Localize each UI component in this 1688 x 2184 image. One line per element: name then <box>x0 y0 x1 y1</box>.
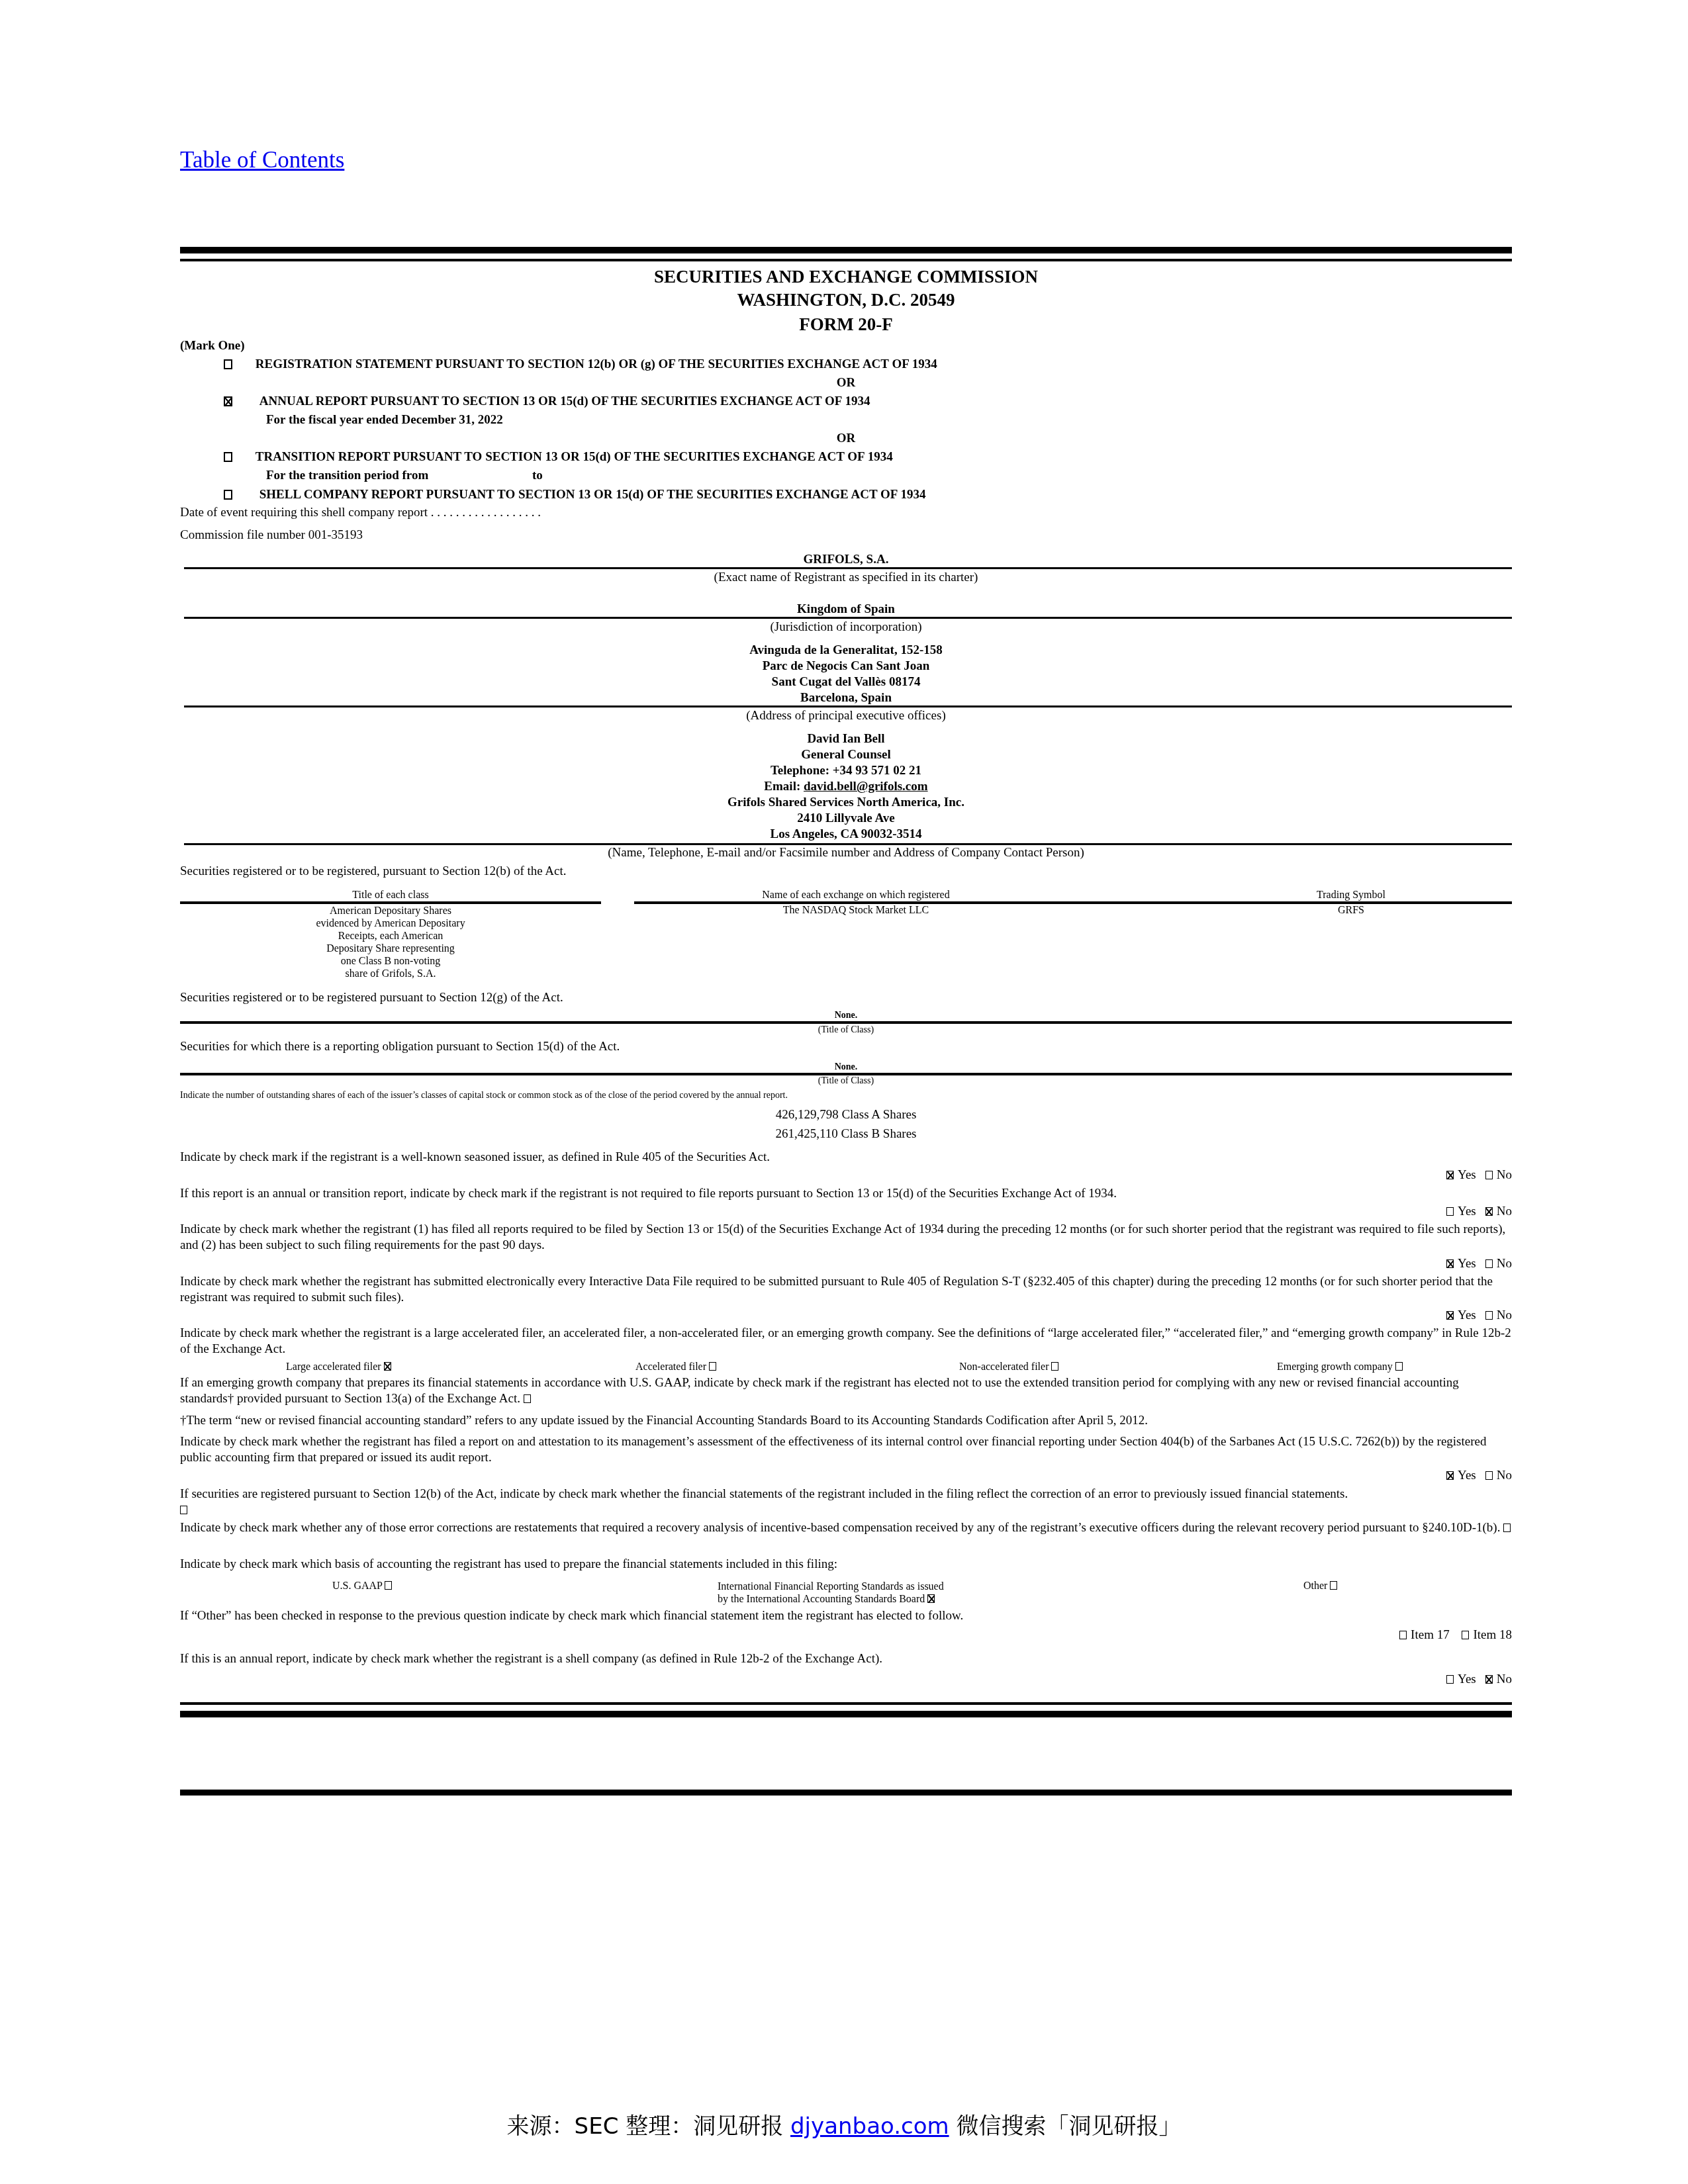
trading-symbol-cell: GRFS <box>1190 905 1512 917</box>
address-caption: (Address of principal executive offices) <box>180 709 1512 723</box>
table-of-contents-link[interactable]: Table of Contents <box>180 147 344 173</box>
yes-no-shell-company: YesNo <box>1446 1672 1512 1687</box>
us-gaap-checkbox[interactable] <box>385 1581 392 1590</box>
no-label: No <box>1497 1672 1512 1686</box>
bottom-thick-rule <box>180 1711 1512 1717</box>
question-not-required: If this report is an annual or transitio… <box>180 1186 1512 1202</box>
yes-label: Yes <box>1458 1469 1476 1482</box>
section-12g-caption: (Title of Class) <box>180 1025 1512 1036</box>
icfr-question: Indicate by check mark whether the regis… <box>180 1434 1512 1466</box>
section-12b-intro: Securities registered or to be registere… <box>180 864 567 879</box>
recovery-analysis-checkbox[interactable] <box>1503 1524 1511 1532</box>
yes-checkbox[interactable] <box>1446 1311 1454 1320</box>
symbol-header: Trading Symbol <box>1190 889 1512 901</box>
error-correction-checkbox[interactable] <box>180 1506 187 1514</box>
registrant-name-caption: (Exact name of Registrant as specified i… <box>180 570 1512 585</box>
item-17-checkbox[interactable] <box>1399 1631 1407 1639</box>
shell-company-question: If this is an annual report, indicate by… <box>180 1651 1512 1667</box>
yes-label: Yes <box>1458 1257 1476 1271</box>
no-checkbox[interactable] <box>1485 1675 1493 1684</box>
transition-report-checkbox[interactable] <box>224 452 232 462</box>
yes-no-icfr: YesNo <box>1446 1469 1512 1483</box>
section-12g-intro: Securities registered or to be registere… <box>180 991 563 1005</box>
yes-no-interactive-data: YesNo <box>1446 1308 1512 1323</box>
section-15d-value: None. <box>180 1062 1512 1073</box>
other-basis-checkbox[interactable] <box>1330 1581 1337 1590</box>
contact-name: David Ian Bell <box>180 732 1512 747</box>
contact-caption: (Name, Telephone, E-mail and/or Facsimil… <box>180 846 1512 860</box>
security-title-line: Depositary Share representing <box>180 942 601 955</box>
basis-us-gaap: U.S. GAAP <box>332 1580 392 1592</box>
footer-prefix: 来源：SEC 整理：洞见研报 <box>507 2113 790 2140</box>
email-label: Email: <box>764 780 804 794</box>
report-type-transition: TRANSITION REPORT PURSUANT TO SECTION 13… <box>224 450 893 465</box>
table-header-rule <box>634 901 1512 904</box>
divider <box>184 567 1512 569</box>
footer-suffix: 微信搜索「洞见研报」 <box>949 2113 1182 2140</box>
shell-event-date: Date of event requiring this shell compa… <box>180 506 541 520</box>
class-b-shares: 261,425,110 Class B Shares <box>180 1127 1512 1142</box>
divider <box>184 617 1512 619</box>
top-thick-rule <box>180 247 1512 253</box>
no-checkbox[interactable] <box>1485 1207 1493 1216</box>
large-accelerated-filer-checkbox[interactable] <box>384 1362 391 1371</box>
filer-status-question: Indicate by check mark whether the regis… <box>180 1326 1512 1357</box>
egc-transition-checkbox[interactable] <box>524 1394 531 1403</box>
footnote-accounting-standard: †The term “new or revised financial acco… <box>180 1413 1512 1429</box>
shell-report-label: SHELL COMPANY REPORT PURSUANT TO SECTION… <box>259 488 926 502</box>
recovery-text: Indicate by check mark whether any of th… <box>180 1521 1500 1535</box>
transition-to-label: to <box>532 469 543 483</box>
yes-checkbox[interactable] <box>1446 1171 1454 1179</box>
non-accelerated-filer-checkbox[interactable] <box>1051 1362 1058 1371</box>
yes-label: Yes <box>1458 1205 1476 1218</box>
divider <box>180 1073 1512 1075</box>
filer-option-label: Emerging growth company <box>1277 1361 1393 1373</box>
contact-title: General Counsel <box>180 748 1512 762</box>
yes-checkbox[interactable] <box>1446 1259 1454 1268</box>
item-17-label: Item 17 <box>1411 1628 1450 1642</box>
transition-period-line: For the transition period from to <box>266 469 428 483</box>
transition-from-label: For the transition period from <box>266 469 428 482</box>
no-label: No <box>1497 1308 1512 1322</box>
contact-email-line: Email: david.bell@grifols.com <box>180 780 1512 794</box>
divider <box>184 705 1512 707</box>
error-correction-question: If securities are registered pursuant to… <box>180 1486 1512 1518</box>
top-thin-rule <box>180 259 1512 261</box>
form-name: FORM 20-F <box>180 314 1512 335</box>
agency-title: SECURITIES AND EXCHANGE COMMISSION <box>180 267 1512 287</box>
egc-transition-question: If an emerging growth company that prepa… <box>180 1375 1512 1407</box>
filer-option-non-accelerated: Non-accelerated filer <box>959 1361 1058 1373</box>
registrant-name: GRIFOLS, S.A. <box>180 553 1512 567</box>
address-line: Barcelona, Spain <box>180 691 1512 705</box>
divider <box>180 1021 1512 1024</box>
item-17-18-choice: Item 17 Item 18 <box>1399 1628 1512 1643</box>
yes-checkbox[interactable] <box>1446 1471 1454 1480</box>
filer-option-label: Non-accelerated filer <box>959 1361 1049 1373</box>
question-interactive-data: Indicate by check mark whether the regis… <box>180 1274 1512 1306</box>
error-correction-text: If securities are registered pursuant to… <box>180 1487 1348 1501</box>
filer-option-emerging-growth: Emerging growth company <box>1277 1361 1403 1373</box>
report-type-shell: SHELL COMPANY REPORT PURSUANT TO SECTION… <box>224 488 925 502</box>
filer-option-label: Accelerated filer <box>635 1361 706 1373</box>
basis-ifrs: International Financial Reporting Standa… <box>718 1580 944 1606</box>
no-label: No <box>1497 1257 1512 1271</box>
contact-telephone: Telephone: +34 93 571 02 21 <box>180 764 1512 778</box>
ifrs-label-line2: by the International Accounting Standard… <box>718 1594 925 1605</box>
yes-no-filed-reports: YesNo <box>1446 1257 1512 1271</box>
security-title-line: share of Grifols, S.A. <box>180 968 601 980</box>
registration-checkbox[interactable] <box>224 359 232 369</box>
filer-option-accelerated: Accelerated filer <box>635 1361 716 1373</box>
egc-text: If an emerging growth company that prepa… <box>180 1376 1459 1406</box>
or-separator: OR <box>180 376 1512 390</box>
no-checkbox[interactable] <box>1485 1259 1493 1268</box>
basis-other: Other <box>1303 1580 1337 1592</box>
yes-checkbox[interactable] <box>1446 1675 1454 1684</box>
security-title-line: evidenced by American Depositary <box>180 917 601 930</box>
source-footer: 来源：SEC 整理：洞见研报 djyanbao.com 微信搜索「洞见研报」 <box>0 2108 1688 2140</box>
other-label: Other <box>1303 1580 1327 1592</box>
jurisdiction-caption: (Jurisdiction of incorporation) <box>180 620 1512 635</box>
contact-street: 2410 Lillyvale Ave <box>180 811 1512 826</box>
section-15d-intro: Securities for which there is a reportin… <box>180 1040 620 1054</box>
security-title-line: one Class B non-voting <box>180 955 601 968</box>
registration-label: REGISTRATION STATEMENT PURSUANT TO SECTI… <box>256 357 937 371</box>
outstanding-shares-intro: Indicate the number of outstanding share… <box>180 1091 788 1101</box>
question-filed-reports: Indicate by check mark whether the regis… <box>180 1222 1512 1253</box>
no-label: No <box>1497 1469 1512 1482</box>
no-label: No <box>1497 1168 1512 1182</box>
jurisdiction: Kingdom of Spain <box>180 602 1512 617</box>
shell-report-checkbox[interactable] <box>224 490 232 500</box>
yes-label: Yes <box>1458 1672 1476 1686</box>
no-checkbox[interactable] <box>1485 1471 1493 1480</box>
exchange-cell: The NASDAQ Stock Market LLC <box>634 905 1078 917</box>
question-wksi: Indicate by check mark if the registrant… <box>180 1150 1512 1165</box>
report-type-annual: ANNUAL REPORT PURSUANT TO SECTION 13 OR … <box>224 394 870 409</box>
annual-report-checkbox[interactable] <box>224 396 232 406</box>
security-title-line: American Depositary Shares <box>180 905 601 917</box>
no-checkbox[interactable] <box>1485 1171 1493 1179</box>
accelerated-filer-checkbox[interactable] <box>709 1362 716 1371</box>
security-title-line: Receipts, each American <box>180 930 601 942</box>
or-separator: OR <box>180 432 1512 446</box>
filer-option-label: Large accelerated filer <box>286 1361 381 1373</box>
contact-company: Grifols Shared Services North America, I… <box>180 796 1512 810</box>
basis-question: Indicate by check mark which basis of ac… <box>180 1557 1512 1572</box>
item-18-label: Item 18 <box>1473 1628 1512 1642</box>
annual-report-label: ANNUAL REPORT PURSUANT TO SECTION 13 OR … <box>259 394 870 408</box>
footer-link[interactable]: djyanbao.com <box>790 2113 949 2140</box>
address-line: Parc de Negocis Can Sant Joan <box>180 659 1512 674</box>
item-18-checkbox[interactable] <box>1462 1631 1469 1639</box>
address-line: Sant Cugat del Vallès 08174 <box>180 675 1512 690</box>
yes-no-wksi: YesNo <box>1446 1168 1512 1183</box>
exchange-header: Name of each exchange on which registere… <box>634 889 1078 901</box>
bottom-thin-rule <box>180 1702 1512 1705</box>
table-header-rule <box>180 901 601 904</box>
yes-no-not-required: YesNo <box>1446 1205 1512 1219</box>
ifrs-label-line1: International Financial Reporting Standa… <box>718 1580 944 1593</box>
mark-one-label: (Mark One) <box>180 339 245 353</box>
address-line: Avinguda de la Generalitat, 152-158 <box>180 643 1512 658</box>
us-gaap-label: U.S. GAAP <box>332 1580 382 1592</box>
fiscal-year-line: For the fiscal year ended December 31, 2… <box>266 413 503 428</box>
ifrs-checkbox[interactable] <box>927 1594 935 1603</box>
commission-file-number: Commission file number 001-35193 <box>180 528 363 543</box>
filer-option-large-accelerated: Large accelerated filer <box>286 1361 391 1373</box>
yes-checkbox[interactable] <box>1446 1207 1454 1216</box>
contact-email-link[interactable]: david.bell@grifols.com <box>804 780 928 794</box>
no-label: No <box>1497 1205 1512 1218</box>
recovery-analysis-question: Indicate by check mark whether any of th… <box>180 1520 1512 1536</box>
transition-report-label: TRANSITION REPORT PURSUANT TO SECTION 13… <box>256 450 893 464</box>
page-end-rule <box>180 1790 1512 1796</box>
report-type-registration: REGISTRATION STATEMENT PURSUANT TO SECTI… <box>224 357 937 372</box>
column-header-title: Title of each class <box>180 889 601 901</box>
section-12g-value: None. <box>180 1011 1512 1021</box>
yes-label: Yes <box>1458 1308 1476 1322</box>
divider <box>184 843 1512 845</box>
contact-city: Los Angeles, CA 90032-3514 <box>180 827 1512 842</box>
no-checkbox[interactable] <box>1485 1311 1493 1320</box>
security-title-cell: American Depositary Shares evidenced by … <box>180 905 601 980</box>
section-15d-caption: (Title of Class) <box>180 1076 1512 1087</box>
yes-label: Yes <box>1458 1168 1476 1182</box>
agency-address: WASHINGTON, D.C. 20549 <box>180 290 1512 310</box>
emerging-growth-checkbox[interactable] <box>1395 1362 1403 1371</box>
class-a-shares: 426,129,798 Class A Shares <box>180 1108 1512 1122</box>
other-item-question: If “Other” has been checked in response … <box>180 1608 1512 1624</box>
